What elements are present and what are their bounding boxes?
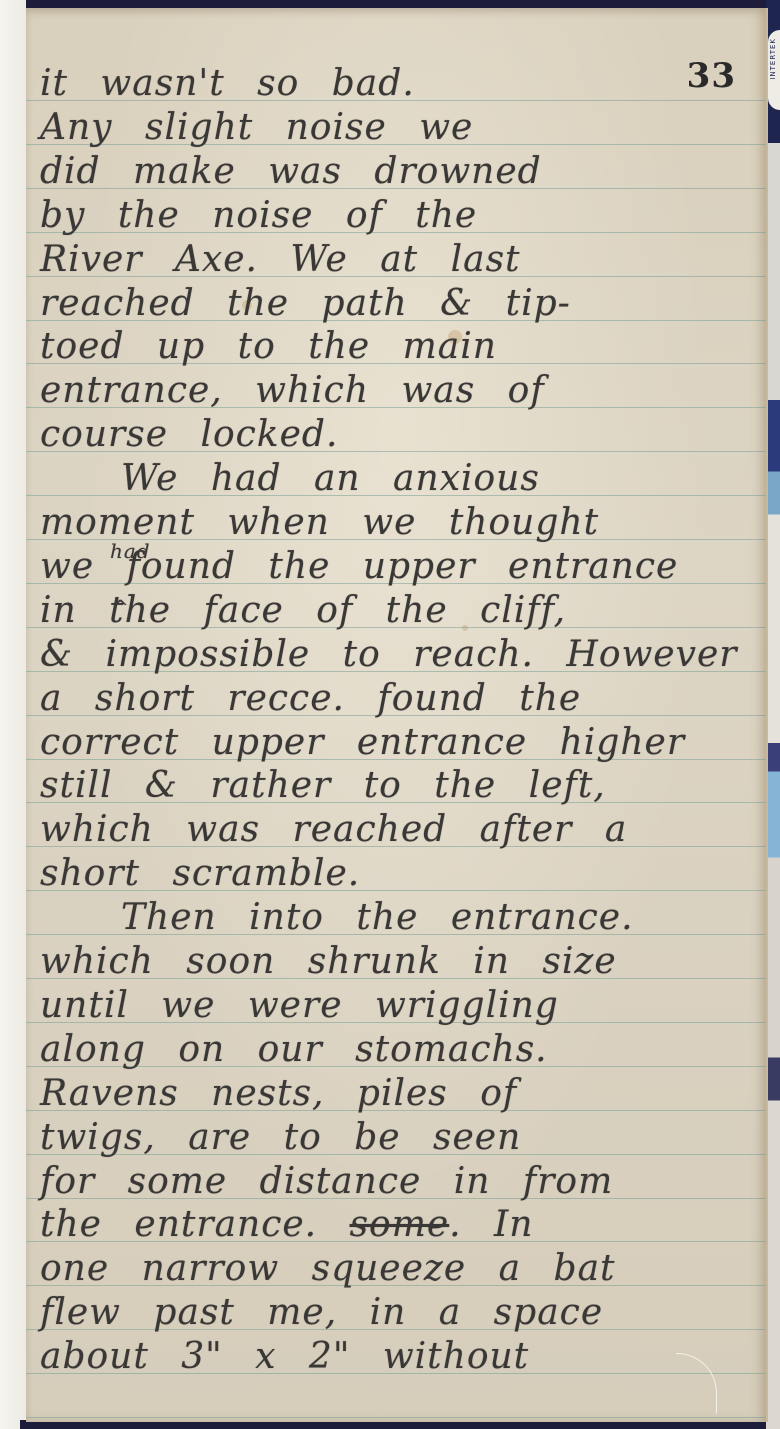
text-line: Ravens nests, piles of: [40, 1072, 760, 1116]
text-line: which was reached after a: [40, 808, 760, 852]
text-line: reached the path & tip-: [40, 282, 760, 326]
text-line: along on our stomachs.: [40, 1028, 760, 1072]
text-line: correct upper entrance higher: [40, 721, 760, 765]
text-line-content: by the noise of the: [40, 195, 477, 236]
text-line-content: & impossible to reach. However: [40, 634, 737, 675]
text-line-content: in the face of the cliff,: [40, 590, 566, 631]
text-line: & impossible to reach. However: [40, 633, 760, 677]
text-line-content: twigs, are to be seen: [40, 1117, 521, 1158]
struck-out-word: some: [350, 1204, 450, 1245]
text-line: course locked.: [40, 413, 760, 457]
text-line-content: toed up to the main: [40, 326, 497, 367]
text-line: for some distance in from: [40, 1160, 760, 1204]
text-line-content: reached the path & tip-: [40, 283, 571, 324]
text-line-content: River Axe. We at last: [40, 239, 521, 280]
text-line-content: flew past me, in a space: [40, 1292, 603, 1333]
text-line-content: Any slight noise we: [40, 107, 473, 148]
label-badge-text: INTERTEK: [769, 38, 777, 80]
text-line: one narrow squeeze a bat: [40, 1247, 760, 1291]
rule-line: [26, 1417, 766, 1418]
text-line: in the face of the cliff,: [40, 589, 760, 633]
text-line: toed up to the main: [40, 325, 760, 369]
text-line: a short recce. found the: [40, 677, 760, 721]
text-line: by the noise of the: [40, 194, 760, 238]
text-line-content: Ravens nests, piles of: [40, 1073, 517, 1114]
text-line-content: did make was drowned: [40, 151, 542, 192]
text-line-content: a short recce. found the: [40, 678, 581, 719]
text-line-content: which soon shrunk in size: [40, 941, 617, 982]
text-line-content: one narrow squeeze a bat: [40, 1248, 616, 1289]
text-line: about 3" x 2" without: [40, 1335, 760, 1379]
text-line-content: Then into the entrance.: [121, 897, 634, 938]
text-line: it wasn't so bad.: [40, 62, 760, 106]
text-line-content: course locked.: [40, 414, 338, 455]
text-line: until we were wriggling: [40, 984, 760, 1028]
text-line: We had an anxious: [121, 457, 780, 501]
text-line-content: about 3" x 2" without: [40, 1336, 529, 1377]
text-line-continuation: . In: [449, 1204, 533, 1245]
notebook-page: 33 it wasn't so bad.Any slight noise wed…: [26, 8, 768, 1422]
text-line-content: short scramble.: [40, 853, 360, 894]
text-line: twigs, are to be seen: [40, 1116, 760, 1160]
text-line: entrance, which was of: [40, 369, 760, 413]
text-line-content: the entrance.: [40, 1204, 317, 1245]
text-line: flew past me, in a space: [40, 1291, 760, 1335]
text-line: short scramble.: [40, 852, 760, 896]
text-line-content: correct upper entrance higher: [40, 722, 685, 763]
text-line-content: along on our stomachs.: [40, 1029, 548, 1070]
text-line: which soon shrunk in size: [40, 940, 760, 984]
text-line: Any slight noise we: [40, 106, 760, 150]
text-line-content: until we were wriggling: [40, 985, 559, 1026]
text-line: we found the upper entrancehad^: [40, 545, 760, 589]
text-line: River Axe. We at last: [40, 238, 760, 282]
text-line-content: We had an anxious: [121, 458, 540, 499]
background-material-right: INTERTEK: [766, 0, 780, 1429]
text-line-content: still & rather to the left,: [40, 765, 606, 806]
text-line: still & rather to the left,: [40, 764, 760, 808]
text-line-content: it wasn't so bad.: [40, 63, 415, 104]
text-line-content: which was reached after a: [40, 809, 627, 850]
text-line: the entrance. some. In: [40, 1203, 760, 1247]
text-line-content: for some distance in from: [40, 1161, 613, 1202]
text-line: did make was drowned: [40, 150, 760, 194]
text-line-content: entrance, which was of: [40, 370, 545, 411]
text-line: Then into the entrance.: [121, 896, 780, 940]
inserted-word: had: [110, 529, 151, 573]
